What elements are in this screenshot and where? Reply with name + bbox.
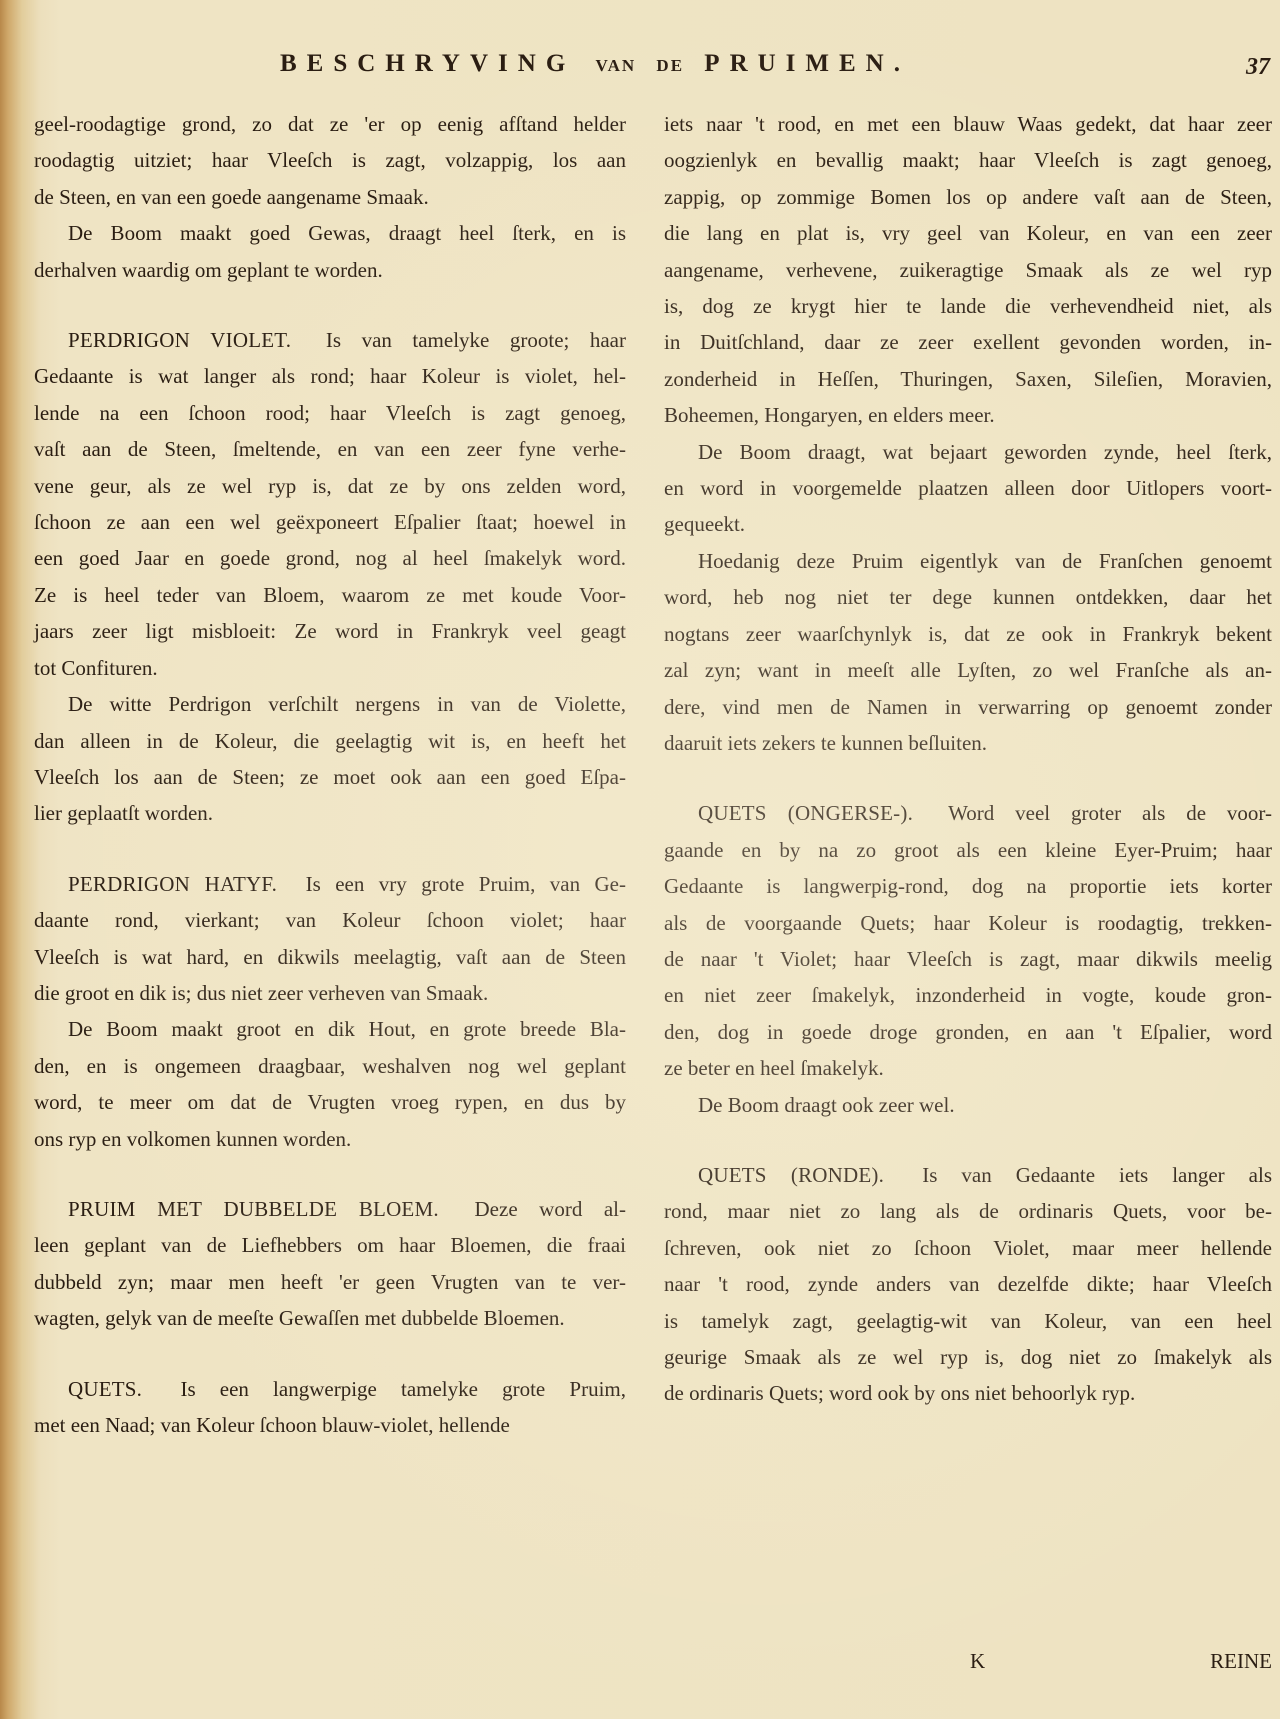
text-line: leen geplant van de Liefhebbers om haar … <box>34 1227 626 1263</box>
text-line: die lang en plat is, vry geel van Koleur… <box>664 215 1272 251</box>
running-header: BESCHRYVING VAN DE PRUIMEN. 37 <box>0 50 1280 90</box>
text-line: is tamelyk zagt, geelagtig-wit van Koleu… <box>664 1303 1272 1339</box>
text-line: De Boom maakt goed Gewas, draagt heel ſt… <box>34 215 626 251</box>
text-line: PERDRIGON HATYF. Is een vry grote Pruim,… <box>34 866 626 902</box>
paragraph: De Boom draagt, wat bejaart geworden zyn… <box>664 434 1272 543</box>
text-line: naar 't rood, zynde anders van dezelfde … <box>664 1266 1272 1302</box>
text-line: word, te meer om dat de Vrugten vroeg ry… <box>34 1084 626 1120</box>
entry-paragraph: PRUIM MET DUBBELDE BLOEM. Deze word al-l… <box>34 1191 626 1337</box>
text-line: de ordinaris Quets; word ook by ons niet… <box>664 1375 1272 1411</box>
text-line: PERDRIGON VIOLET. Is van tamelyke groote… <box>34 322 626 358</box>
text-line: oogzienlyk en bevallig maakt; haar Vleeſ… <box>664 142 1272 178</box>
text-line: Ze is heel teder van Bloem, waarom ze me… <box>34 577 626 613</box>
text-line: vene geur, als ze wel ryp is, dat ze by … <box>34 468 626 504</box>
title-word-de: DE <box>656 56 684 75</box>
text-line: Boheemen, Hongaryen, en elders meer. <box>664 397 1272 433</box>
catchword: REINE <box>1210 1649 1272 1674</box>
text-line: rond, maar niet zo lang als de ordinaris… <box>664 1193 1272 1229</box>
paragraph: De witte Perdrigon verſchilt nergens in … <box>34 686 626 832</box>
section-gap <box>34 832 626 866</box>
text-line: de Steen, en van een goede aangename Sma… <box>34 179 626 215</box>
text-line: QUETS (ONGERSE-). Word veel groter als d… <box>664 795 1272 831</box>
text-line: word, heb nog niet ter dege kunnen ontde… <box>664 579 1272 615</box>
text-line: wagten, gelyk van de meeſte Gewaſſen met… <box>34 1300 626 1336</box>
text-line: die groot en dik is; dus niet zeer verhe… <box>34 975 626 1011</box>
title-word-pruimen: PRUIMEN. <box>704 50 910 77</box>
text-line: met een Naad; van Koleur ſchoon blauw-vi… <box>34 1407 626 1443</box>
entry-paragraph: QUETS (ONGERSE-). Word veel groter als d… <box>664 795 1272 1086</box>
section-gap <box>34 1157 626 1191</box>
title-word-van: VAN <box>596 56 637 75</box>
text-line: een goed Jaar en goede grond, nog al hee… <box>34 540 626 576</box>
section-gap <box>664 761 1272 795</box>
text-line: jaars zeer ligt misbloeit: Ze word in Fr… <box>34 613 626 649</box>
entry-heading: PERDRIGON VIOLET. <box>68 328 312 352</box>
text-line: dere, vind men de Namen in verwarring op… <box>664 689 1272 725</box>
page-number: 37 <box>1246 54 1270 81</box>
text-line: dan alleen in de Koleur, die geelagtig w… <box>34 723 626 759</box>
text-line: lende na een ſchoon rood; haar Vleeſch i… <box>34 395 626 431</box>
left-column: geel-roodagtige grond, zo dat ze 'er op … <box>34 106 626 1443</box>
text-line: Hoedanig deze Pruim eigentlyk van de Fra… <box>664 543 1272 579</box>
text-line: Vleeſch is wat hard, en dikwils meelagti… <box>34 939 626 975</box>
entry-heading: QUETS (ONGERSE-). <box>698 801 934 825</box>
text-line: Gedaante is wat langer als rond; haar Ko… <box>34 358 626 394</box>
text-line: den, en is ongemeen draagbaar, weshalven… <box>34 1048 626 1084</box>
entry-paragraph: QUETS (RONDE). Is van Gedaante iets lang… <box>664 1157 1272 1412</box>
text-line: ons ryp en volkomen kunnen worden. <box>34 1121 626 1157</box>
text-line: daante rond, vierkant; van Koleur ſchoon… <box>34 902 626 938</box>
text-line: De Boom maakt groot en dik Hout, en grot… <box>34 1011 626 1047</box>
entry-heading: QUETS. <box>68 1377 166 1401</box>
right-column: iets naar 't rood, en met een blauw Waas… <box>664 106 1272 1412</box>
text-line: De witte Perdrigon verſchilt nergens in … <box>34 686 626 722</box>
text-line: lier geplaatſt worden. <box>34 795 626 831</box>
entry-paragraph: QUETS. Is een langwerpige tamelyke grote… <box>34 1371 626 1444</box>
paragraph: Hoedanig deze Pruim eigentlyk van de Fra… <box>664 543 1272 761</box>
section-gap <box>664 1123 1272 1157</box>
entry-paragraph: PERDRIGON VIOLET. Is van tamelyke groote… <box>34 322 626 686</box>
text-line: Vleeſch los aan de Steen; ze moet ook aa… <box>34 759 626 795</box>
text-line: iets naar 't rood, en met een blauw Waas… <box>664 106 1272 142</box>
text-line: de naar 't Violet; haar Vleeſch is zagt,… <box>664 941 1272 977</box>
text-line: en word in voorgemelde plaatzen alleen d… <box>664 470 1272 506</box>
text-line: gequeekt. <box>664 506 1272 542</box>
text-line: Gedaante is langwerpig-rond, dog na prop… <box>664 868 1272 904</box>
title-word-beschryving: BESCHRYVING <box>280 50 575 77</box>
entry-heading: QUETS (RONDE). <box>698 1163 908 1187</box>
text-line: geel-roodagtige grond, zo dat ze 'er op … <box>34 106 626 142</box>
text-line: zappig, op zommige Bomen los op andere v… <box>664 179 1272 215</box>
text-line: nogtans zeer waarſchynlyk is, dat ze ook… <box>664 616 1272 652</box>
page-footer: K REINE <box>664 1687 1272 1717</box>
text-line: zal zyn; want in meeſt alle Lyſten, zo w… <box>664 652 1272 688</box>
section-gap <box>34 288 626 322</box>
text-line: aangename, verhevene, zuikeragtige Smaak… <box>664 252 1272 288</box>
text-line: daaruit iets zekers te kunnen beſluiten. <box>664 725 1272 761</box>
text-line: De Boom draagt, wat bejaart geworden zyn… <box>664 434 1272 470</box>
text-line: vaſt aan de Steen, ſmeltende, en van een… <box>34 431 626 467</box>
text-line: QUETS. Is een langwerpige tamelyke grote… <box>34 1371 626 1407</box>
text-line: dubbeld zyn; maar men heeft 'er geen Vru… <box>34 1264 626 1300</box>
text-line: QUETS (RONDE). Is van Gedaante iets lang… <box>664 1157 1272 1193</box>
entry-heading: PERDRIGON HATYF. <box>68 872 292 896</box>
entry-heading: PRUIM MET DUBBELDE BLOEM. <box>68 1197 461 1221</box>
paragraph: De Boom maakt groot en dik Hout, en grot… <box>34 1011 626 1157</box>
running-title: BESCHRYVING VAN DE PRUIMEN. <box>280 50 910 78</box>
text-line: in Duitſchland, daar ze zeer exellent ge… <box>664 324 1272 360</box>
text-line: ſchreven, ook niet zo ſchoon Violet, maa… <box>664 1230 1272 1266</box>
text-line: De Boom draagt ook zeer wel. <box>664 1087 1272 1123</box>
text-line: derhalven waardig om geplant te worden. <box>34 252 626 288</box>
text-line: gaande en by na zo groot als een kleine … <box>664 832 1272 868</box>
text-line: ſchoon ze aan een wel geëxponeert Eſpali… <box>34 504 626 540</box>
text-line: ze beter en heel ſmakelyk. <box>664 1050 1272 1086</box>
text-line: en niet zeer ſmakelyk, inzonderheid in v… <box>664 977 1272 1013</box>
paragraph: iets naar 't rood, en met een blauw Waas… <box>664 106 1272 434</box>
text-line: roodagtig uitziet; haar Vleeſch is zagt,… <box>34 142 626 178</box>
text-line: zonderheid in Heſſen, Thuringen, Saxen, … <box>664 361 1272 397</box>
text-line: geurige Smaak als ze wel ryp is, dog nie… <box>664 1339 1272 1375</box>
text-line: tot Confituren. <box>34 650 626 686</box>
signature-mark: K <box>970 1649 985 1674</box>
text-line: PRUIM MET DUBBELDE BLOEM. Deze word al- <box>34 1191 626 1227</box>
text-line: den, dog in goede droge gronden, en aan … <box>664 1014 1272 1050</box>
text-line: is, dog ze krygt hier te lande die verhe… <box>664 288 1272 324</box>
section-gap <box>34 1337 626 1371</box>
book-page: BESCHRYVING VAN DE PRUIMEN. 37 geel-rood… <box>0 0 1280 1719</box>
paragraph: De Boom maakt goed Gewas, draagt heel ſt… <box>34 215 626 288</box>
text-line: als de voorgaande Quets; haar Koleur is … <box>664 905 1272 941</box>
paragraph: geel-roodagtige grond, zo dat ze 'er op … <box>34 106 626 215</box>
paragraph: De Boom draagt ook zeer wel. <box>664 1087 1272 1123</box>
entry-paragraph: PERDRIGON HATYF. Is een vry grote Pruim,… <box>34 866 626 1012</box>
